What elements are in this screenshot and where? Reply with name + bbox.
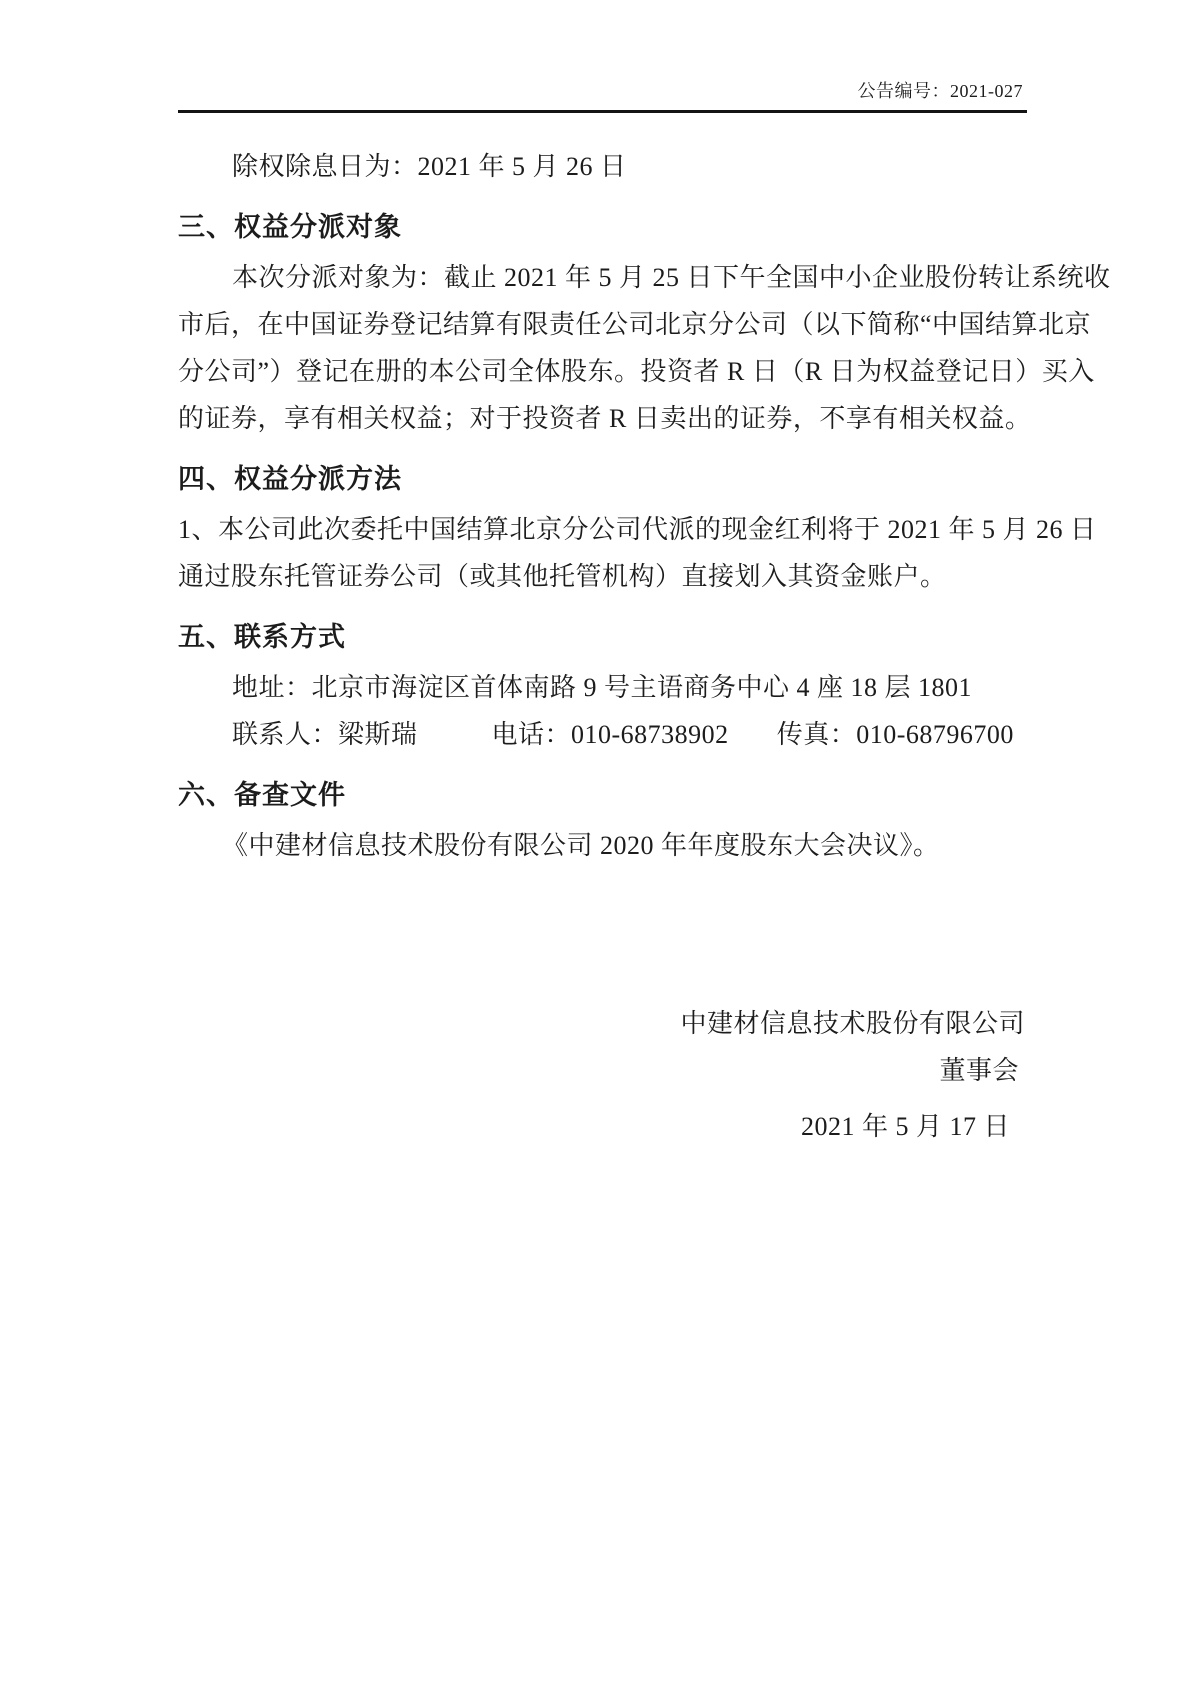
section-heading-4: 四、权益分派方法 <box>178 456 1027 503</box>
ex-dividend-date-line: 除权除息日为：2021 年 5 月 26 日 <box>178 143 1027 190</box>
announcement-number: 公告编号：2021-027 <box>178 80 1027 103</box>
paragraph-line: 本次分派对象为：截止 2021 年 5 月 25 日下午全国中小企业股份转让系统… <box>178 254 1027 301</box>
page-content: 公告编号：2021-027 除权除息日为：2021 年 5 月 26 日 三、权… <box>178 0 1027 1150</box>
contact-phone: 电话：010-68738902 <box>492 720 729 749</box>
announcement-page: 公告编号：2021-027 除权除息日为：2021 年 5 月 26 日 三、权… <box>0 0 1200 1696</box>
contact-fax: 传真：010-68796700 <box>777 720 1014 749</box>
paragraph-line: 市后，在中国证券登记结算有限责任公司北京分公司（以下简称“中国结算北京 <box>178 301 1027 348</box>
signature-block: 中建材信息技术股份有限公司 董事会 2021 年 5 月 17 日 <box>178 1000 1027 1150</box>
contact-line: 联系人：梁斯瑞电话：010-68738902传真：010-68796700 <box>178 711 1027 758</box>
signature-date: 2021 年 5 月 17 日 <box>178 1103 1010 1150</box>
paragraph-line: 的证券，享有相关权益；对于投资者 R 日卖出的证券，不享有相关权益。 <box>178 395 1027 442</box>
paragraph-line: 1、本公司此次委托中国结算北京分公司代派的现金红利将于 2021 年 5 月 2… <box>178 506 1027 553</box>
section-distribution-method: 四、权益分派方法 1、本公司此次委托中国结算北京分公司代派的现金红利将于 202… <box>178 456 1027 600</box>
section-heading-3: 三、权益分派对象 <box>178 204 1027 251</box>
section-heading-5: 五、联系方式 <box>178 614 1027 661</box>
signature-company-name: 中建材信息技术股份有限公司 <box>178 1000 1025 1047</box>
section-contact-info: 五、联系方式 地址：北京市海淀区首体南路 9 号主语商务中心 4 座 18 层 … <box>178 614 1027 758</box>
section-heading-6: 六、备查文件 <box>178 772 1027 819</box>
reference-document-line: 《中建材信息技术股份有限公司 2020 年年度股东大会决议》。 <box>178 822 1027 869</box>
paragraph-line: 通过股东托管证券公司（或其他托管机构）直接划入其资金账户。 <box>178 553 1027 600</box>
paragraph-line: 分公司”）登记在册的本公司全体股东。投资者 R 日（R 日为权益登记日）买入 <box>178 348 1027 395</box>
contact-person: 联系人：梁斯瑞 <box>232 720 418 749</box>
header-divider-line <box>178 110 1027 113</box>
signature-board-of-directors: 董事会 <box>178 1047 1019 1094</box>
address-line: 地址：北京市海淀区首体南路 9 号主语商务中心 4 座 18 层 1801 <box>178 664 1027 711</box>
section-reference-documents: 六、备查文件 《中建材信息技术股份有限公司 2020 年年度股东大会决议》。 <box>178 772 1027 869</box>
section-distribution-targets: 三、权益分派对象 本次分派对象为：截止 2021 年 5 月 25 日下午全国中… <box>178 204 1027 442</box>
